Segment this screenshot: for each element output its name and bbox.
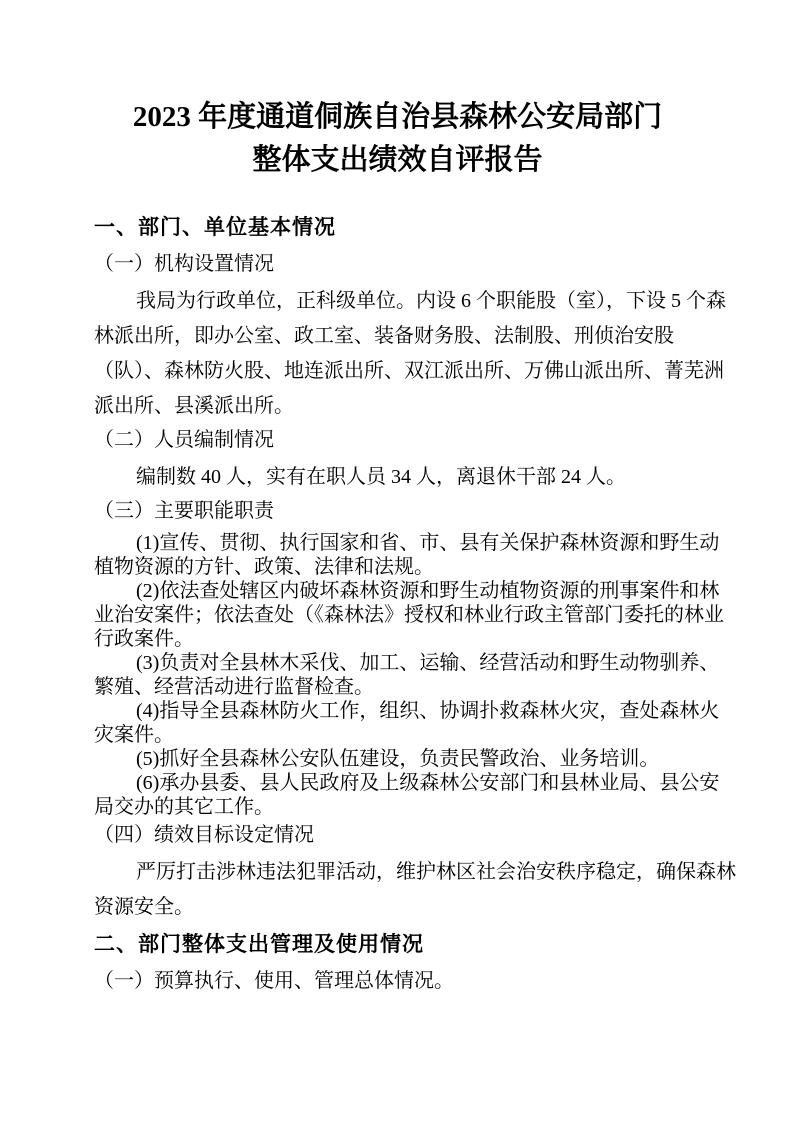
document-body: 一、部门、单位基本情况（一）机构设置情况我局为行政单位，正科级单位。内设 6 个…: [94, 214, 701, 993]
text-line: 植物资源的方针、政策、法律和法规。: [94, 555, 701, 579]
text-line: (4)指导全县森林防火工作，组织、协调扑救森林火灾，查处森林火: [94, 699, 701, 723]
paragraph: 编制数 40 人，实有在职人员 34 人，离退休干部 24 人。: [94, 460, 701, 495]
document-title-line-1: 2023 年度通道侗族自治县森林公安局部门: [94, 96, 701, 139]
text-line: 局交办的其它工作。: [94, 795, 701, 819]
paragraph: 我局为行政单位，正科级单位。内设 6 个职能股（室），下设 5 个森林派出所，即…: [94, 284, 701, 424]
text-line: 编制数 40 人，实有在职人员 34 人，离退休干部 24 人。: [94, 460, 701, 495]
paragraph: (1)宣传、贯彻、执行国家和省、市、县有关保护森林资源和野生动植物资源的方针、政…: [94, 531, 701, 819]
subsection-heading: （三）主要职能职责: [94, 499, 701, 523]
document-title-line-2: 整体支出绩效自评报告: [94, 139, 701, 182]
document-page: 2023 年度通道侗族自治县森林公安局部门 整体支出绩效自评报告 一、部门、单位…: [0, 0, 793, 1122]
text-line: (1)宣传、贯彻、执行国家和省、市、县有关保护森林资源和野生动: [94, 531, 701, 555]
text-line: 我局为行政单位，正科级单位。内设 6 个职能股（室），下设 5 个森: [94, 284, 701, 319]
subsection-heading: （一）预算执行、使用、管理总体情况。: [94, 969, 701, 993]
text-line: 繁殖、经营活动进行监督检查。: [94, 675, 701, 699]
text-line: (3)负责对全县林木采伐、加工、运输、经营活动和野生动物驯养、: [94, 651, 701, 675]
text-line: 严厉打击涉林违法犯罪活动，维护林区社会治安秩序稳定，确保森林: [94, 855, 701, 890]
text-line: （队）、森林防火股、地连派出所、双江派出所、万佛山派出所、菁芜洲: [94, 354, 701, 389]
subsection-heading: （二）人员编制情况: [94, 428, 701, 452]
section-heading: 二、部门整体支出管理及使用情况: [94, 931, 701, 957]
subsection-heading: （一）机构设置情况: [94, 252, 701, 276]
subsection-heading: （四）绩效目标设定情况: [94, 823, 701, 847]
paragraph: 严厉打击涉林违法犯罪活动，维护林区社会治安秩序稳定，确保森林资源安全。: [94, 855, 701, 925]
text-line: 灾案件。: [94, 723, 701, 747]
text-line: (2)依法查处辖区内破坏森林资源和野生动植物资源的刑事案件和林: [94, 579, 701, 603]
text-line: 资源安全。: [94, 890, 701, 925]
text-line: 林派出所，即办公室、政工室、装备财务股、法制股、刑侦治安股: [94, 319, 701, 354]
text-line: 业治安案件；依法查处（《森林法》授权和林业行政主管部门委托的林业: [94, 603, 701, 627]
section-heading: 一、部门、单位基本情况: [94, 214, 701, 240]
text-line: 派出所、县溪派出所。: [94, 389, 701, 424]
document-title: 2023 年度通道侗族自治县森林公安局部门 整体支出绩效自评报告: [94, 96, 701, 182]
text-line: 行政案件。: [94, 627, 701, 651]
text-line: (6)承办县委、县人民政府及上级森林公安部门和县林业局、县公安: [94, 771, 701, 795]
text-line: (5)抓好全县森林公安队伍建设，负责民警政治、业务培训。: [94, 747, 701, 771]
